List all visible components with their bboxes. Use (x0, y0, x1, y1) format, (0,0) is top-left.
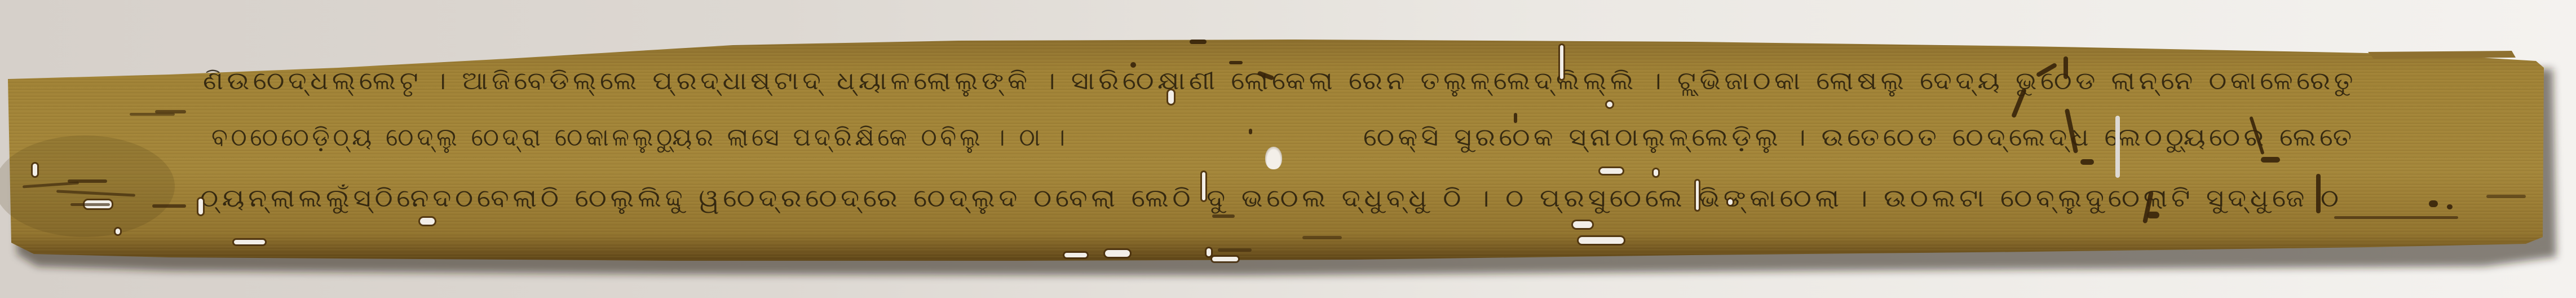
worm-hole (1212, 257, 1238, 261)
worm-trail (155, 110, 186, 113)
worm-trail (1302, 236, 1342, 239)
worm-hole (1202, 172, 1205, 200)
worm-trail (2486, 195, 2526, 198)
worm-trail (152, 204, 186, 208)
worm-hole (1573, 221, 1592, 228)
worm-trail (70, 203, 110, 206)
manuscript-line-3: ଠ୍ୟନ୍ଲାଲଲୁଁସ୍ଠିନେଦଠବେଲାଠି ଠେଲୁଲିଦ୍ଦୁ ୱଠେ… (200, 186, 2343, 211)
manuscript-line-2-right: ଠେକ୍ସି ସୁରଠେକ ସ୍ନାଠାଲୁଳ୍ଲେଡ଼ିଲୁ । ଉତେଠେତ… (1363, 125, 2356, 150)
worm-trail (1249, 129, 1252, 134)
worm-trail (1190, 40, 1207, 44)
manuscript-line-1: ଣିଉଠେଦ୍ଧଲ୍ଲେଟୃ । ଆଜିବେଡିଲ୍ଲେ ପ୍ରଦ୍ଧାଷ୍ଟା… (203, 69, 2357, 94)
worm-trail (2064, 56, 2068, 79)
worm-trail (2261, 157, 2280, 163)
worm-trail (1218, 248, 1252, 252)
worm-trail (2316, 174, 2321, 213)
worm-trail (2447, 204, 2453, 209)
worm-trail (2334, 216, 2458, 219)
worm-hole (1168, 90, 1174, 104)
worm-hole (198, 199, 203, 214)
worm-hole (1207, 248, 1211, 256)
worm-hole (1579, 237, 1624, 244)
worm-hole (1600, 168, 1623, 174)
manuscript-photo: ଣିଉଠେଦ୍ଧଲ୍ଲେଟୃ । ଆଜିବେଡିଲ୍ଲେ ପ୍ରଦ୍ଧାଷ୍ଟା… (0, 0, 2576, 298)
manuscript-line-2-left: ବଠଠେଠେଡ଼ିଠ୍ୟ ଠେଦ୍ଲୁ ଠେଦ୍ରା ଠେକାଳଲୁଠ୍ୟୁର … (211, 125, 1068, 150)
worm-trail (1212, 214, 1235, 218)
worm-hole (2115, 116, 2120, 178)
worm-hole (1064, 253, 1087, 257)
worm-hole (1607, 102, 1612, 107)
worm-trail (2147, 212, 2159, 218)
worm-hole (420, 218, 435, 225)
worm-trail (2080, 159, 2094, 165)
worm-trail (1229, 61, 1243, 64)
worm-hole (1560, 45, 1563, 79)
worm-hole (1105, 250, 1130, 257)
worm-trail (1130, 62, 1136, 68)
worm-trail (2429, 200, 2438, 207)
worm-hole (1728, 199, 1733, 205)
worm-hole (234, 240, 265, 244)
worm-hole (116, 229, 120, 234)
worm-hole (1654, 169, 1658, 176)
worm-trail (1514, 113, 1517, 123)
worm-hole (33, 164, 37, 176)
binding-hole (1265, 147, 1282, 169)
worm-hole (1696, 181, 1699, 210)
